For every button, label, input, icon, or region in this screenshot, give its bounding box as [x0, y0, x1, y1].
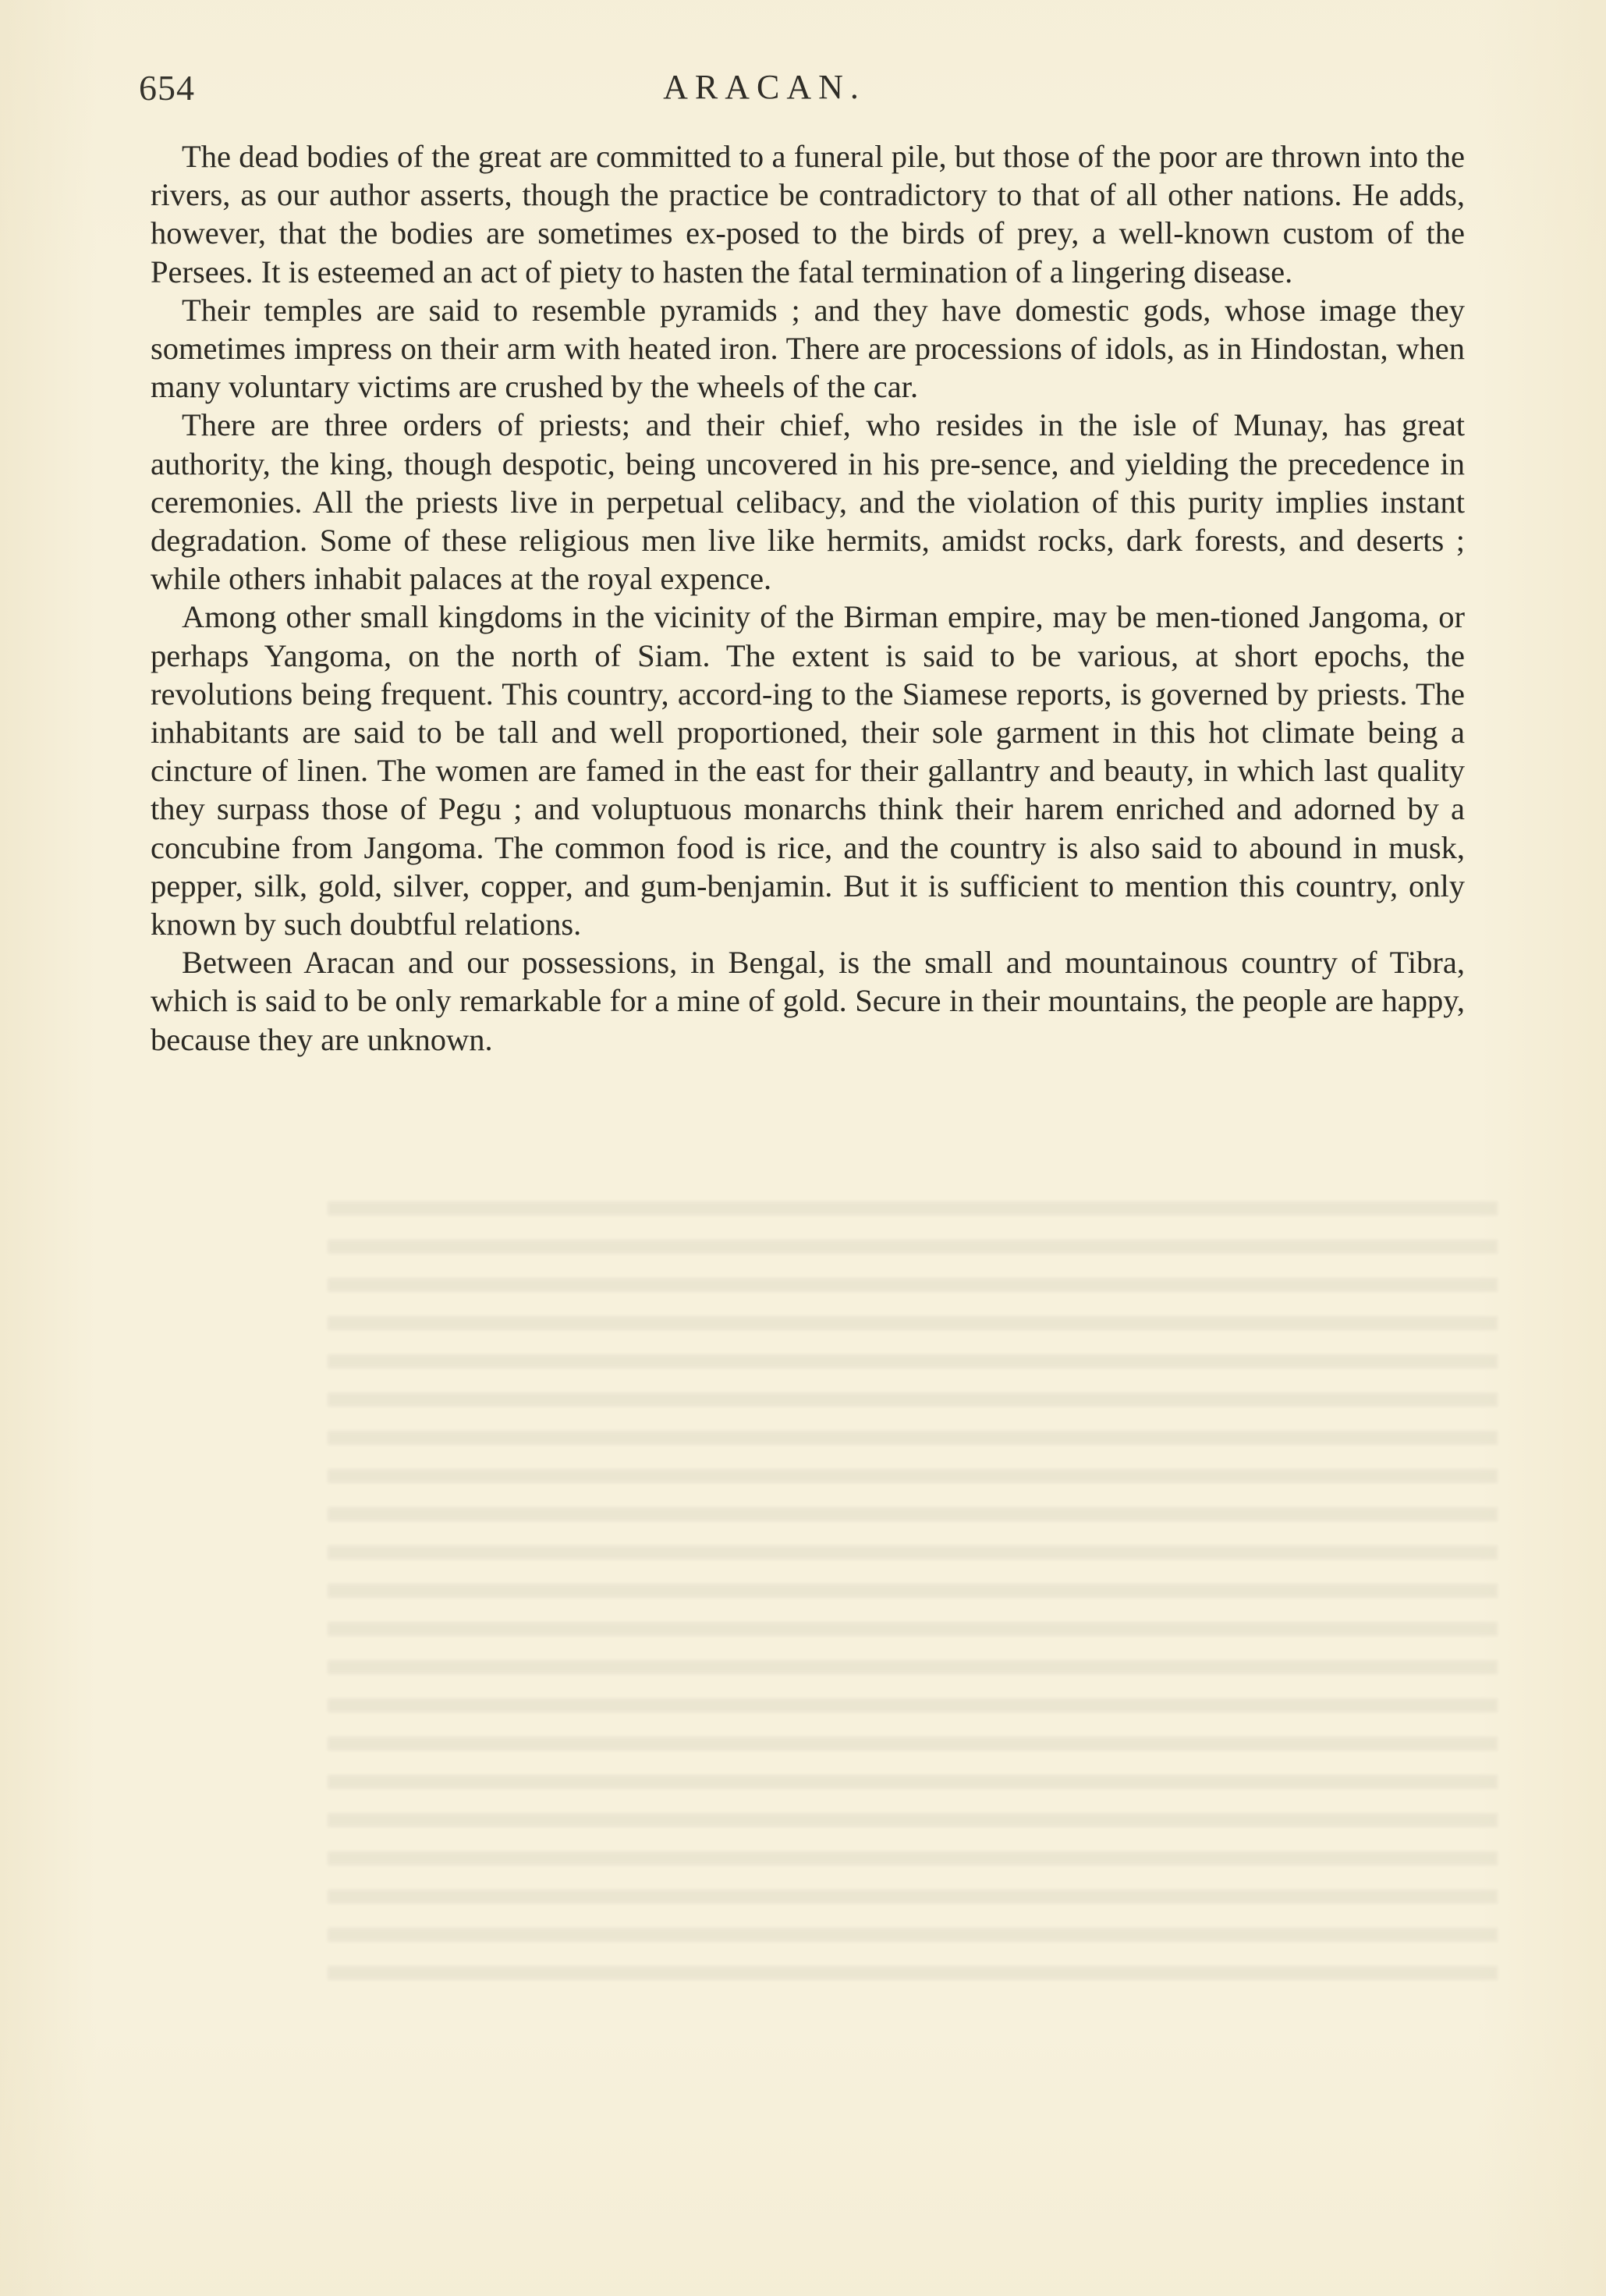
body-text: The dead bodies of the great are committ…	[151, 137, 1465, 1059]
running-head: 654 ARACAN.	[0, 67, 1606, 114]
paragraph-jangoma: Among other small kingdoms in the vicini…	[151, 598, 1465, 943]
bleed-through-texture	[328, 1201, 1498, 1982]
paragraph-tibra: Between Aracan and our possessions, in B…	[151, 943, 1465, 1059]
paragraph-funeral-customs: The dead bodies of the great are committ…	[151, 137, 1465, 291]
book-page: 654 ARACAN. The dead bodies of the great…	[0, 0, 1606, 2296]
paragraph-temples: Their temples are said to resemble pyram…	[151, 291, 1465, 406]
running-title: ARACAN.	[0, 67, 1529, 107]
paragraph-priests: There are three orders of priests; and t…	[151, 406, 1465, 598]
